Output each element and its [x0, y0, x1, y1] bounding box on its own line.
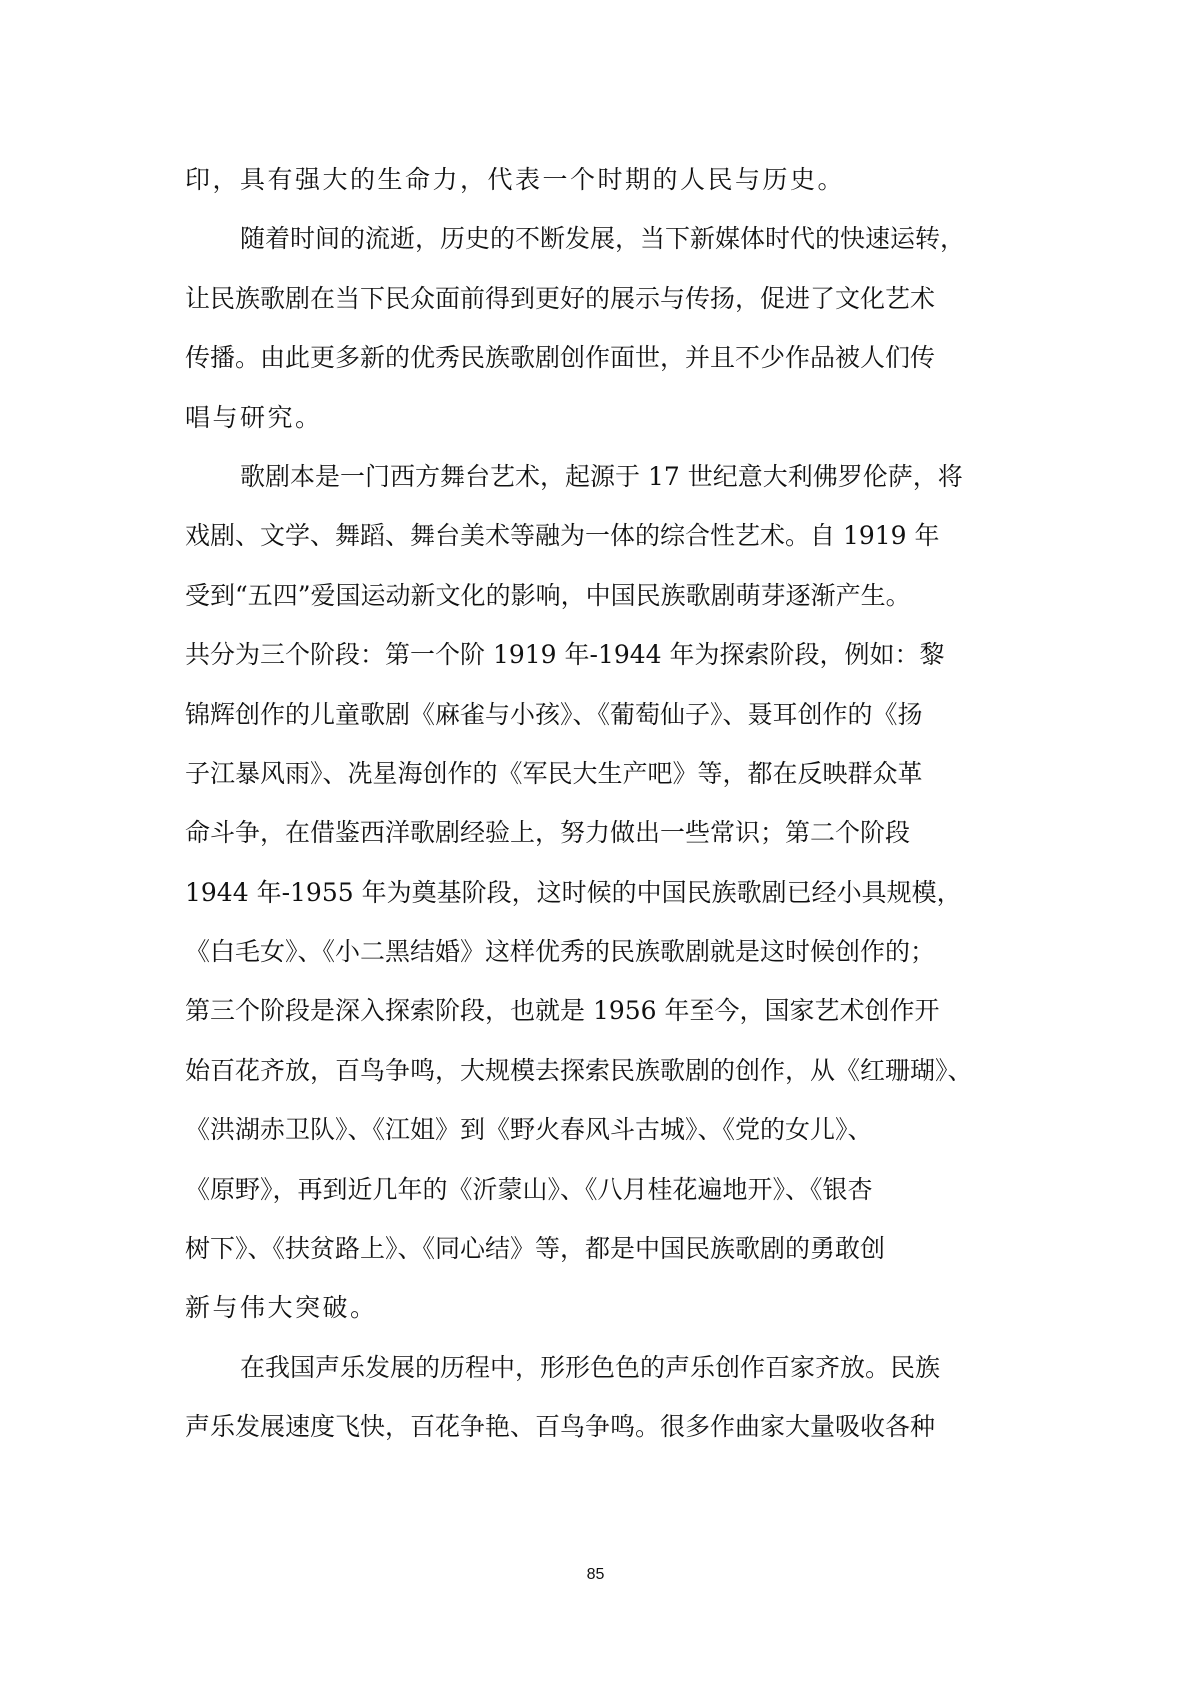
- text-line: 子江暴风雨》、冼星海创作的《军民大生产吧》等，都在反映群众革: [185, 744, 1011, 803]
- text-line: 新与伟大突破。: [185, 1278, 1011, 1337]
- text-line: 始百花齐放，百鸟争鸣，大规模去探索民族歌剧的创作，从《红珊瑚》、: [185, 1041, 1011, 1100]
- document-page: 印，具有强大的生命力，代表一个时期的人民与历史。随着时间的流逝，历史的不断发展，…: [0, 0, 1191, 1684]
- text-line: 随着时间的流逝，历史的不断发展，当下新媒体时代的快速运转，: [185, 209, 1011, 268]
- text-line: 树下》、《扶贫路上》、《同心结》等，都是中国民族歌剧的勇敢创: [185, 1219, 1011, 1278]
- body-text: 印，具有强大的生命力，代表一个时期的人民与历史。随着时间的流逝，历史的不断发展，…: [185, 150, 1011, 1457]
- text-line: 在我国声乐发展的历程中，形形色色的声乐创作百家齐放。民族: [185, 1338, 1011, 1397]
- text-line: 命斗争，在借鉴西洋歌剧经验上，努力做出一些常识；第二个阶段: [185, 803, 1011, 862]
- text-line: 声乐发展速度飞快，百花争艳、百鸟争鸣。很多作曲家大量吸收各种: [185, 1397, 1011, 1456]
- text-line: 《白毛女》、《小二黑结婚》这样优秀的民族歌剧就是这时候创作的；: [185, 922, 1011, 981]
- text-line: 第三个阶段是深入探索阶段，也就是 1956 年至今，国家艺术创作开: [185, 981, 1011, 1040]
- text-line: 唱与研究。: [185, 388, 1011, 447]
- text-line: 印，具有强大的生命力，代表一个时期的人民与历史。: [185, 150, 1011, 209]
- text-line: 歌剧本是一门西方舞台艺术，起源于 17 世纪意大利佛罗伦萨，将: [185, 447, 1011, 506]
- page-number: 85: [0, 1566, 1191, 1584]
- text-line: 让民族歌剧在当下民众面前得到更好的展示与传扬，促进了文化艺术: [185, 269, 1011, 328]
- text-line: 《原野》，再到近几年的《沂蒙山》、《八月桂花遍地开》、《银杏: [185, 1160, 1011, 1219]
- text-line: 受到“五四”爱国运动新文化的影响，中国民族歌剧萌芽逐渐产生。: [185, 566, 1011, 625]
- text-line: 《洪湖赤卫队》、《江姐》到《野火春风斗古城》、《党的女儿》、: [185, 1100, 1011, 1159]
- text-line: 1944 年-1955 年为奠基阶段，这时候的中国民族歌剧已经小具规模，: [185, 863, 1011, 922]
- text-line: 锦辉创作的儿童歌剧《麻雀与小孩》、《葡萄仙子》、聂耳创作的《扬: [185, 685, 1011, 744]
- text-line: 传播。由此更多新的优秀民族歌剧创作面世，并且不少作品被人们传: [185, 328, 1011, 387]
- text-line: 戏剧、文学、舞蹈、舞台美术等融为一体的综合性艺术。自 1919 年: [185, 506, 1011, 565]
- text-line: 共分为三个阶段：第一个阶 1919 年-1944 年为探索阶段，例如：黎: [185, 625, 1011, 684]
